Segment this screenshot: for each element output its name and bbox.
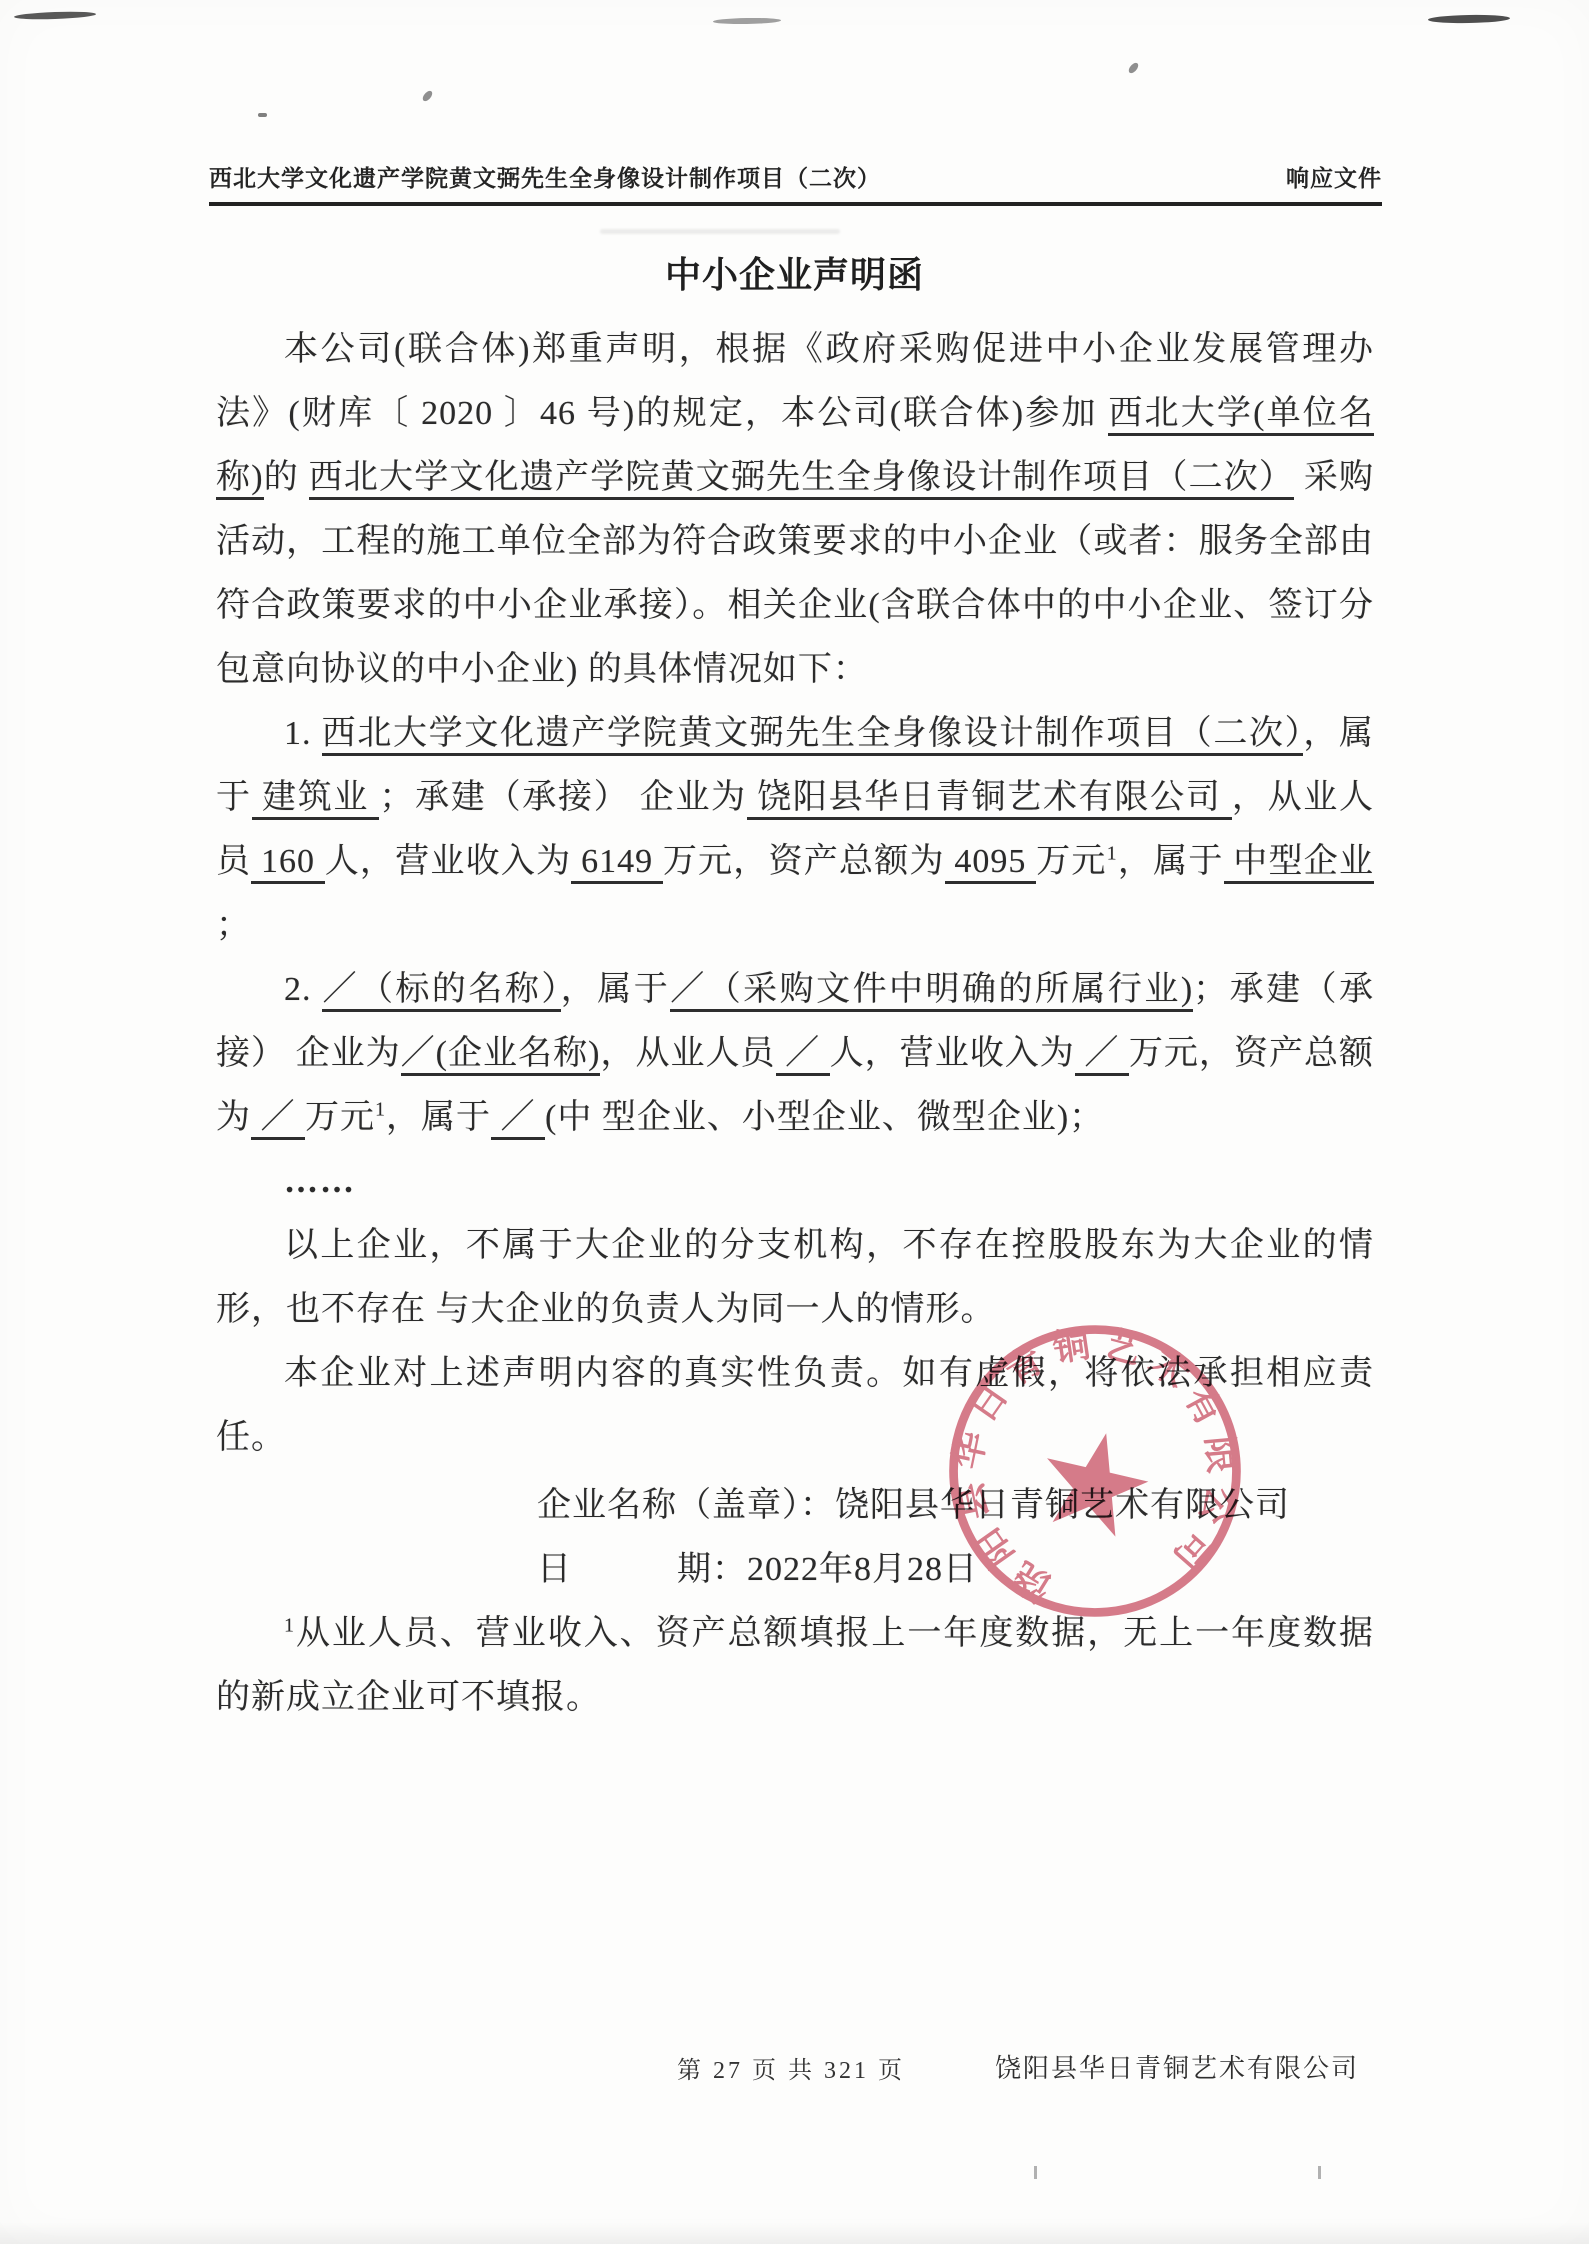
- text-run: ；承建（承接） 企业为: [379, 779, 747, 816]
- signature-date-value: 2022年8月28日: [747, 1551, 978, 1588]
- signature-company-line: 企业名称（盖章）：饶阳县华日青铜艺术有限公司: [216, 1474, 1374, 1538]
- underline-industry-blank: ／（采购文件中明确的所属行业): [670, 971, 1193, 1012]
- text-run: 的: [264, 459, 309, 496]
- underline-company-name: 饶阳县华日青铜艺术有限公司: [747, 779, 1232, 820]
- item-number: 1.: [284, 715, 322, 752]
- paragraph-item-1: 1. 西北大学文化遗产学院黄文弼先生全身像设计制作项目（二次），属于 建筑业 ；…: [216, 702, 1374, 958]
- text-run: 万元，资产总额为: [663, 843, 945, 880]
- footer-page-number: 第 27 页 共 321 页: [677, 2050, 905, 2085]
- underline-enterprise-size: 中型企业: [1224, 843, 1374, 884]
- signature-company-value: 饶阳县华日青铜艺术有限公司: [835, 1487, 1290, 1524]
- scan-artifact: [421, 89, 433, 103]
- footnote-ref: 1: [284, 1615, 295, 1637]
- underline-employees-blank: ／: [776, 1035, 830, 1076]
- page-header: 西北大学文化遗产学院黄文弼先生全身像设计制作项目（二次） 响应文件: [209, 160, 1382, 206]
- underline-company-blank: ／(企业名称): [401, 1035, 601, 1076]
- text-run: ；: [216, 907, 251, 944]
- item-number: 2.: [284, 971, 322, 1008]
- signature-company-label: 企业名称（盖章）：: [537, 1487, 835, 1524]
- ellipsis-line: ……: [216, 1150, 1374, 1214]
- text-run: ，属于: [386, 1099, 491, 1136]
- footer-company-name: 饶阳县华日青铜艺术有限公司: [995, 2048, 1359, 2085]
- paragraph-responsibility: 本企业对上述声明内容的真实性负责。如有虚假，将依法承担相应责任。: [216, 1342, 1374, 1470]
- header-doc-label: 响应文件: [1286, 160, 1382, 193]
- text-run: (中 型企业、小型企业、微型企业)；: [545, 1099, 1104, 1136]
- text-run: 万元: [305, 1099, 375, 1136]
- scan-artifact: [1318, 2166, 1321, 2179]
- underline-size-blank: ／: [491, 1099, 545, 1140]
- underline-industry: 建筑业: [252, 779, 380, 820]
- signature-date-line: 日 期：2022年8月28日: [216, 1538, 1374, 1602]
- underline-assets-blank: ／: [251, 1099, 305, 1140]
- underline-project-name: 西北大学文化遗产学院黄文弼先生全身像设计制作项目（二次）: [322, 715, 1304, 756]
- document-title: 中小企业声明函: [0, 247, 1589, 298]
- footnote-text: 从业人员、营业收入、资产总额填报上一年度数据，无上一年度数据的新成立企业可不填报…: [216, 1615, 1374, 1716]
- footnote-ref: 1: [1107, 843, 1118, 865]
- scan-artifact: [1034, 2166, 1037, 2179]
- paragraph-declaration: 本公司(联合体)郑重声明，根据《政府采购促进中小企业发展管理办法》(财库〔 20…: [216, 318, 1374, 702]
- text-run: ，属于: [1118, 843, 1224, 880]
- header-project-title: 西北大学文化遗产学院黄文弼先生全身像设计制作项目（二次）: [209, 160, 881, 193]
- underline-total-assets: 4095: [945, 843, 1036, 884]
- footnote-line: 1从业人员、营业收入、资产总额填报上一年度数据，无上一年度数据的新成立企业可不填…: [216, 1602, 1374, 1730]
- text-run: ，从业人员: [600, 1035, 775, 1072]
- scan-artifact: [600, 229, 840, 234]
- scan-artifact: [258, 113, 267, 117]
- scan-artifact: [1127, 61, 1139, 75]
- scan-artifact: [713, 17, 781, 24]
- paragraph-item-2: 2. ／（标的名称），属于／（采购文件中明确的所属行业)；承建（承接） 企业为／…: [216, 958, 1374, 1150]
- underline-subject-blank: ／（标的名称）: [322, 971, 560, 1012]
- underline-project-name: 西北大学文化遗产学院黄文弼先生全身像设计制作项目（二次）: [309, 459, 1295, 500]
- scanned-document-page: 西北大学文化遗产学院黄文弼先生全身像设计制作项目（二次） 响应文件 中小企业声明…: [0, 0, 1589, 2244]
- scan-artifact: [14, 11, 96, 21]
- footnote-ref: 1: [375, 1099, 386, 1121]
- underline-revenue: 6149: [571, 843, 662, 884]
- text-run: ，属于: [561, 971, 670, 1008]
- scan-artifact: [1428, 14, 1510, 23]
- text-run: 人，营业收入为: [830, 1035, 1075, 1072]
- signature-date-label: 日 期：: [537, 1551, 747, 1588]
- paragraph-not-branch: 以上企业，不属于大企业的分支机构，不存在控股股东为大企业的情形，也不存在 与大企…: [216, 1214, 1374, 1342]
- text-run: 万元: [1036, 843, 1106, 880]
- document-body: 本公司(联合体)郑重声明，根据《政府采购促进中小企业发展管理办法》(财库〔 20…: [216, 318, 1374, 1730]
- underline-employee-count: 160: [251, 843, 324, 884]
- underline-revenue-blank: ／: [1075, 1035, 1129, 1076]
- text-run: 人，营业收入为: [325, 843, 572, 880]
